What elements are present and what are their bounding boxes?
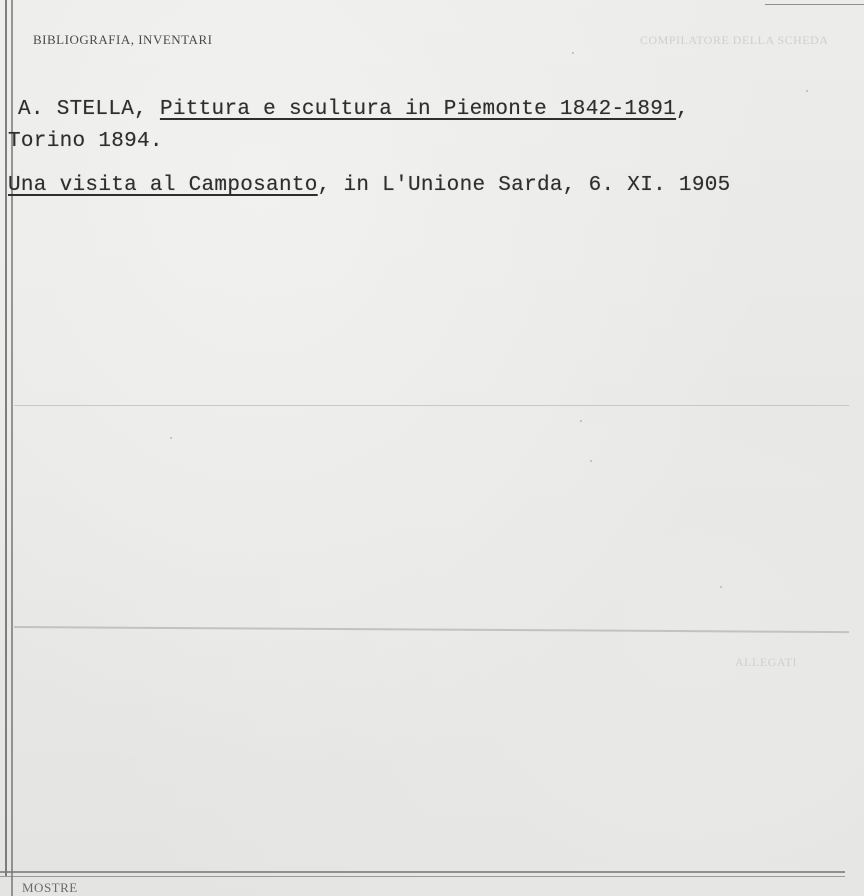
- entry-1-continuation: Torino 1894.: [8, 130, 163, 153]
- entry-1-punct: ,: [676, 98, 689, 121]
- paper-speck: [580, 420, 582, 422]
- entry-2: Una visita al Camposanto, in L'Unione Sa…: [8, 174, 731, 197]
- entry-1-author: A. STELLA,: [18, 98, 160, 121]
- paper-speck: [572, 52, 574, 54]
- top-right-rule: [765, 4, 864, 5]
- bottom-rule-inner: [0, 876, 845, 877]
- left-border-rule: [5, 0, 7, 876]
- paper-speck: [170, 437, 172, 439]
- entry-1: A. STELLA, Pittura e scultura in Piemont…: [18, 98, 689, 121]
- bleed-through-text-lower: ALLEGATI: [735, 655, 797, 670]
- entry-2-source: , in L'Unione Sarda, 6. XI. 1905: [318, 174, 731, 197]
- bleed-through-rule-lower: [14, 626, 849, 633]
- paper-speck: [720, 586, 722, 588]
- paper-speck: [590, 460, 592, 462]
- entry-2-title: Una visita al Camposanto: [8, 174, 318, 197]
- entry-1-title: Pittura e scultura in Piemonte 1842-1891: [160, 98, 676, 121]
- bottom-rule: [0, 871, 845, 873]
- bleed-through-text-top: COMPILATORE DELLA SCHEDA: [640, 33, 828, 48]
- footer-section-label: MOSTRE: [22, 880, 78, 896]
- paper-speck: [806, 90, 808, 92]
- index-card: COMPILATORE DELLA SCHEDA ALLEGATI BIBLIO…: [0, 0, 864, 896]
- bleed-through-rule: [14, 405, 849, 406]
- section-header: BIBLIOGRAFIA, INVENTARI: [33, 32, 212, 48]
